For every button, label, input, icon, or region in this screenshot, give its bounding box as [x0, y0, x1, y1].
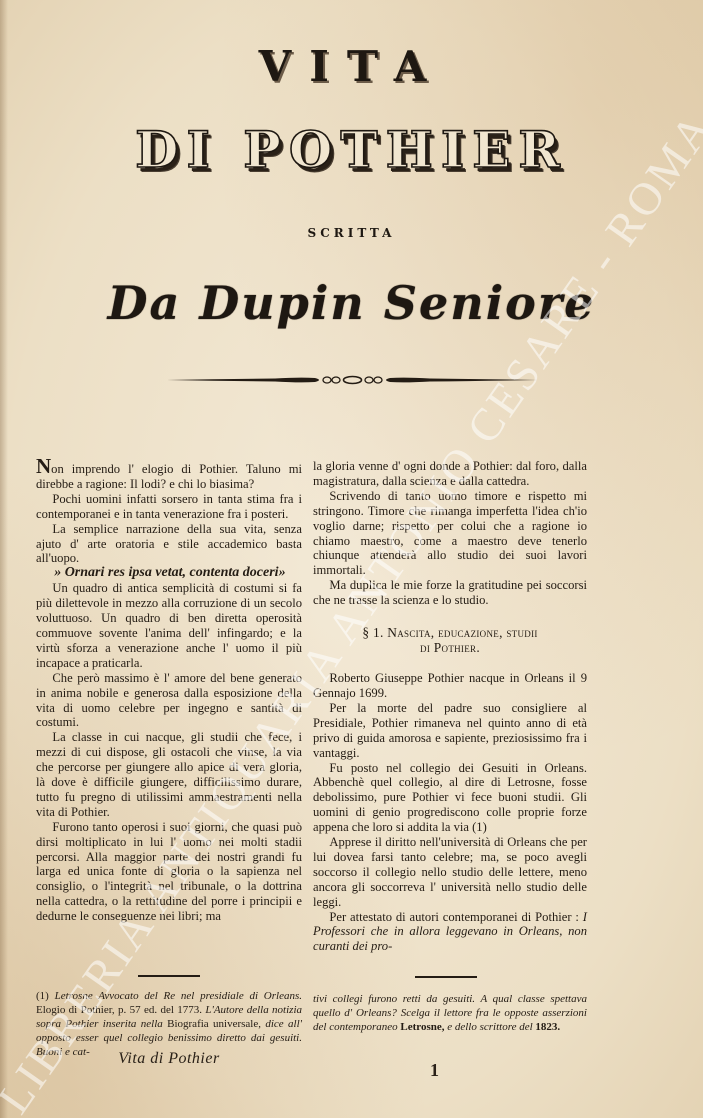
paragraph: Non imprendo l' elogio di Pothier. Talun…	[36, 459, 302, 492]
footnote-left: (1) Letrosne Avvocato del Re nel presidi…	[36, 989, 302, 1059]
right-column: la gloria venne d' ogni donde a Pothier:…	[313, 459, 587, 954]
paragraph: Per la morte del padre suo consigliere a…	[313, 701, 587, 761]
section-heading: § 1. Nascita, educazione, studii di Poth…	[313, 625, 587, 655]
title-scritta: SCRITTA	[0, 226, 703, 240]
paragraph-text: on imprendo l' elogio di Pothier. Taluno…	[36, 462, 302, 491]
drop-cap: N	[36, 454, 51, 478]
footnote-marker: (1)	[36, 990, 49, 1002]
paragraph: Per attestato di autori contemporanei di…	[313, 910, 587, 955]
paragraph: Ma duplica le mie forze la gratitudine p…	[313, 578, 587, 608]
footnote-text: Elogio di Pothier, p. 57 ed. del 1773.	[36, 1004, 202, 1016]
footnote-text: Letrosne,	[400, 1021, 444, 1033]
paragraph: Scrivendo di tanto uomo timore e rispett…	[313, 489, 587, 578]
footnote-text: 1823.	[535, 1021, 560, 1033]
paragraph: Pochi uomini infatti sorsero in tanta st…	[36, 492, 302, 522]
paragraph-text: Per attestato di autori contemporanei di…	[329, 910, 582, 924]
paragraph: Fu posto nel collegio dei Gesuiti in Orl…	[313, 761, 587, 836]
footnote-text: Letrosne Avvocato del Re nel presidiale …	[55, 990, 302, 1002]
paragraph: Un quadro di antica semplicità di costum…	[36, 581, 302, 670]
paragraph: Roberto Giuseppe Pothier nacque in Orlea…	[313, 671, 587, 701]
footnote-rule-right	[415, 976, 477, 978]
signature-mark: Vita di Pothier	[36, 1050, 302, 1068]
title-vita: VITA	[0, 42, 703, 91]
paragraph: la gloria venne d' ogni donde a Pothier:…	[313, 459, 587, 489]
paragraph: Furono tanto operosi i suoi giorni, che …	[36, 820, 302, 924]
left-column: Non imprendo l' elogio di Pothier. Talun…	[36, 459, 302, 924]
title-di-pothier: DI POTHIER	[0, 120, 703, 179]
title-author: Da Dupin Seniore	[0, 276, 703, 330]
paragraph: La classe in cui nacque, gli studii che …	[36, 730, 302, 819]
section-heading-line: di Pothier.	[313, 640, 587, 655]
latin-quote: » Ornari res ipsa vetat, contenta doceri…	[36, 566, 302, 581]
paragraph: Che però massimo è l' amore del bene gen…	[36, 671, 302, 731]
paragraph: La semplice narrazione della sua vita, s…	[36, 522, 302, 567]
footnote-rule-left	[138, 975, 200, 977]
footnote-text: Biografia universale,	[167, 1018, 261, 1030]
section-heading-line: § 1. Nascita, educazione, studii	[313, 625, 587, 640]
ornamental-divider-icon	[165, 372, 540, 388]
footnote-right: tivi collegi furono retti da gesuiti. A …	[313, 992, 587, 1034]
footnote-text: e dello scrittore del	[447, 1021, 532, 1033]
paragraph: Apprese il diritto nell'università di Or…	[313, 835, 587, 910]
page-number: 1	[430, 1060, 439, 1081]
